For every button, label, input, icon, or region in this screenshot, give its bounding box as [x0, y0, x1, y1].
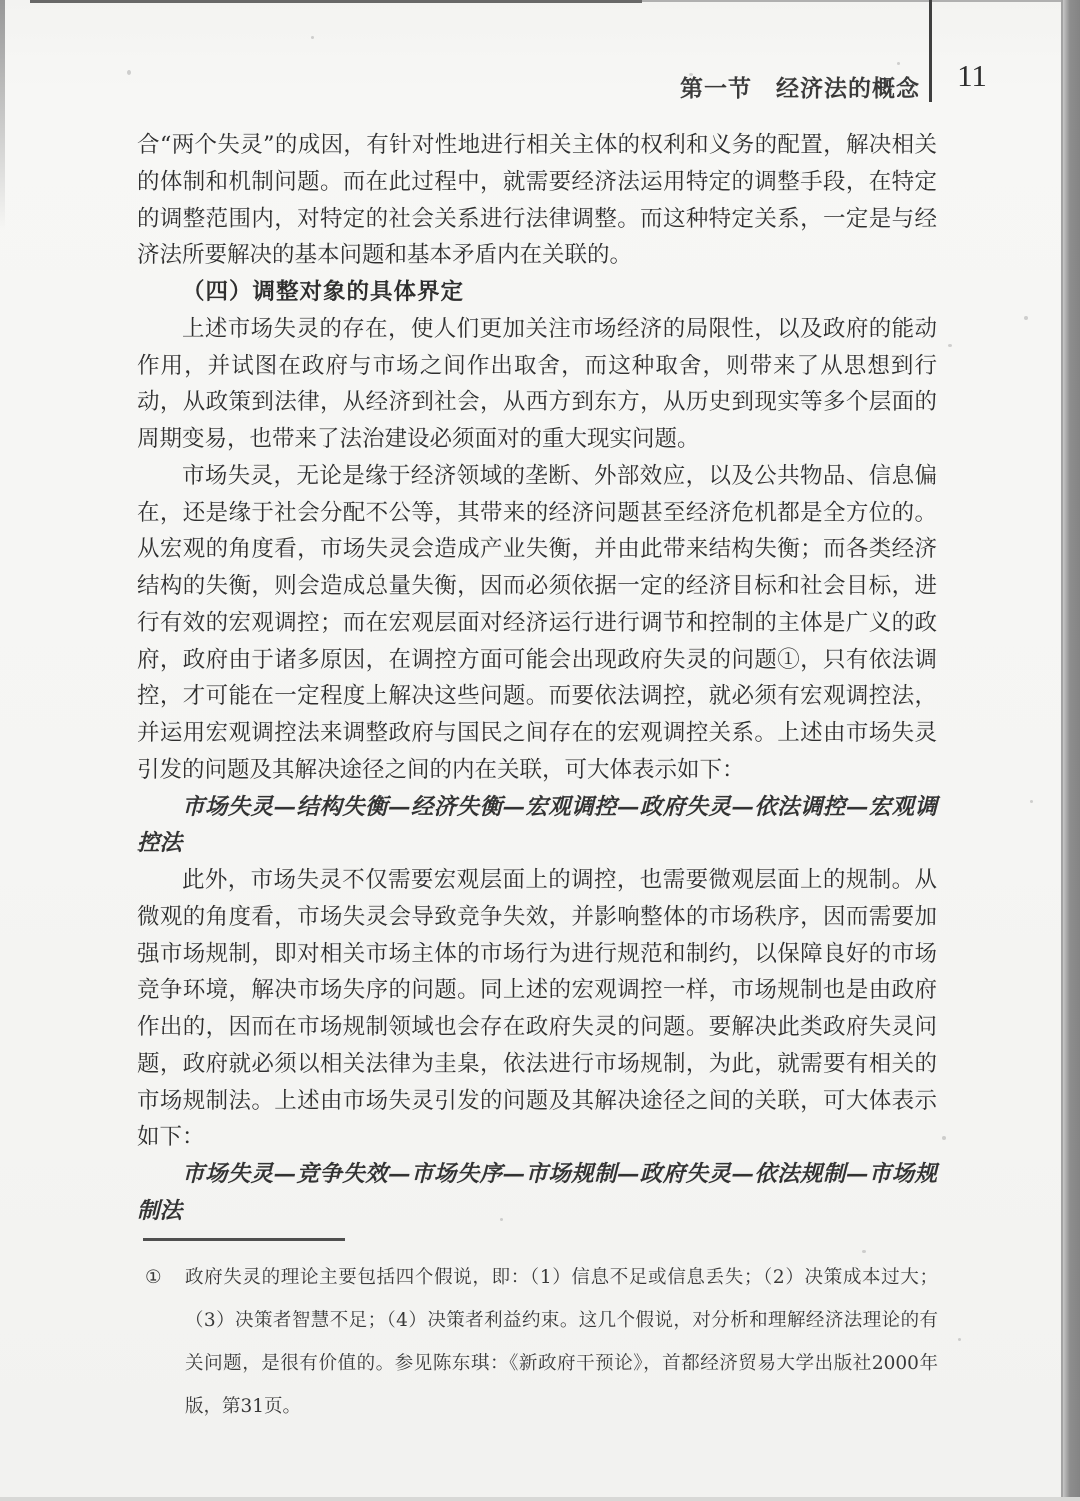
speck: [1024, 316, 1028, 320]
speck: [942, 1136, 946, 1140]
page-body: 合“两个失灵”的成因，有针对性地进行相关主体的权利和义务的配置，解决相关的体制和…: [137, 127, 937, 1230]
subsection-heading: （四）调整对象的具体界定: [137, 274, 937, 311]
paragraph: 此外，市场失灵不仅需要宏观层面上的调控，也需要微观层面上的规制。从微观的角度看，…: [137, 862, 937, 1156]
section-title: 第一节 经济法的概念: [500, 70, 920, 103]
scan-edge-top-light: [642, 0, 1062, 2]
speck: [948, 344, 952, 347]
speck: [1030, 800, 1033, 803]
scan-edge-left: [0, 0, 5, 230]
paragraph-continuation: 合“两个失灵”的成因，有针对性地进行相关主体的权利和义务的配置，解决相关的体制和…: [137, 127, 937, 274]
scan-edge-top-dark: [30, 0, 642, 3]
flow-chain-macro: 市场失灵—结构失衡—经济失衡—宏观调控—政府失灵—依法调控—宏观调控法: [137, 789, 937, 863]
speck: [897, 62, 900, 65]
speck: [862, 1250, 866, 1253]
paragraph: 市场失灵，无论是缘于经济领域的垄断、外部效应，以及公共物品、信息偏在，还是缘于社…: [137, 458, 937, 789]
book-page: 第一节 经济法的概念 11 合“两个失灵”的成因，有针对性地进行相关主体的权利和…: [0, 0, 1080, 1501]
flow-chain-micro: 市场失灵—竞争失效—市场失序—市场规制—政府失灵—依法规制—市场规制法: [137, 1156, 937, 1230]
speck: [311, 36, 314, 39]
footnote: ① 政府失灵的理论主要包括四个假说，即：（1）信息不足或信息丢失；（2）决策成本…: [143, 1256, 938, 1428]
header-divider-line: [929, 0, 932, 102]
footnote-separator: [143, 1238, 345, 1241]
page-number: 11: [944, 58, 1000, 94]
paragraph: 上述市场失灵的存在，使人们更加关注市场经济的局限性，以及政府的能动作用，并试图在…: [137, 311, 937, 458]
scan-edge-bottom: [0, 1497, 1080, 1501]
speck: [127, 70, 131, 75]
footnote-text: 政府失灵的理论主要包括四个假说，即：（1）信息不足或信息丢失；（2）决策成本过大…: [143, 1256, 938, 1428]
scan-edge-right: [1061, 0, 1080, 1501]
footnote-marker: ①: [145, 1256, 162, 1299]
speck: [958, 1338, 961, 1341]
